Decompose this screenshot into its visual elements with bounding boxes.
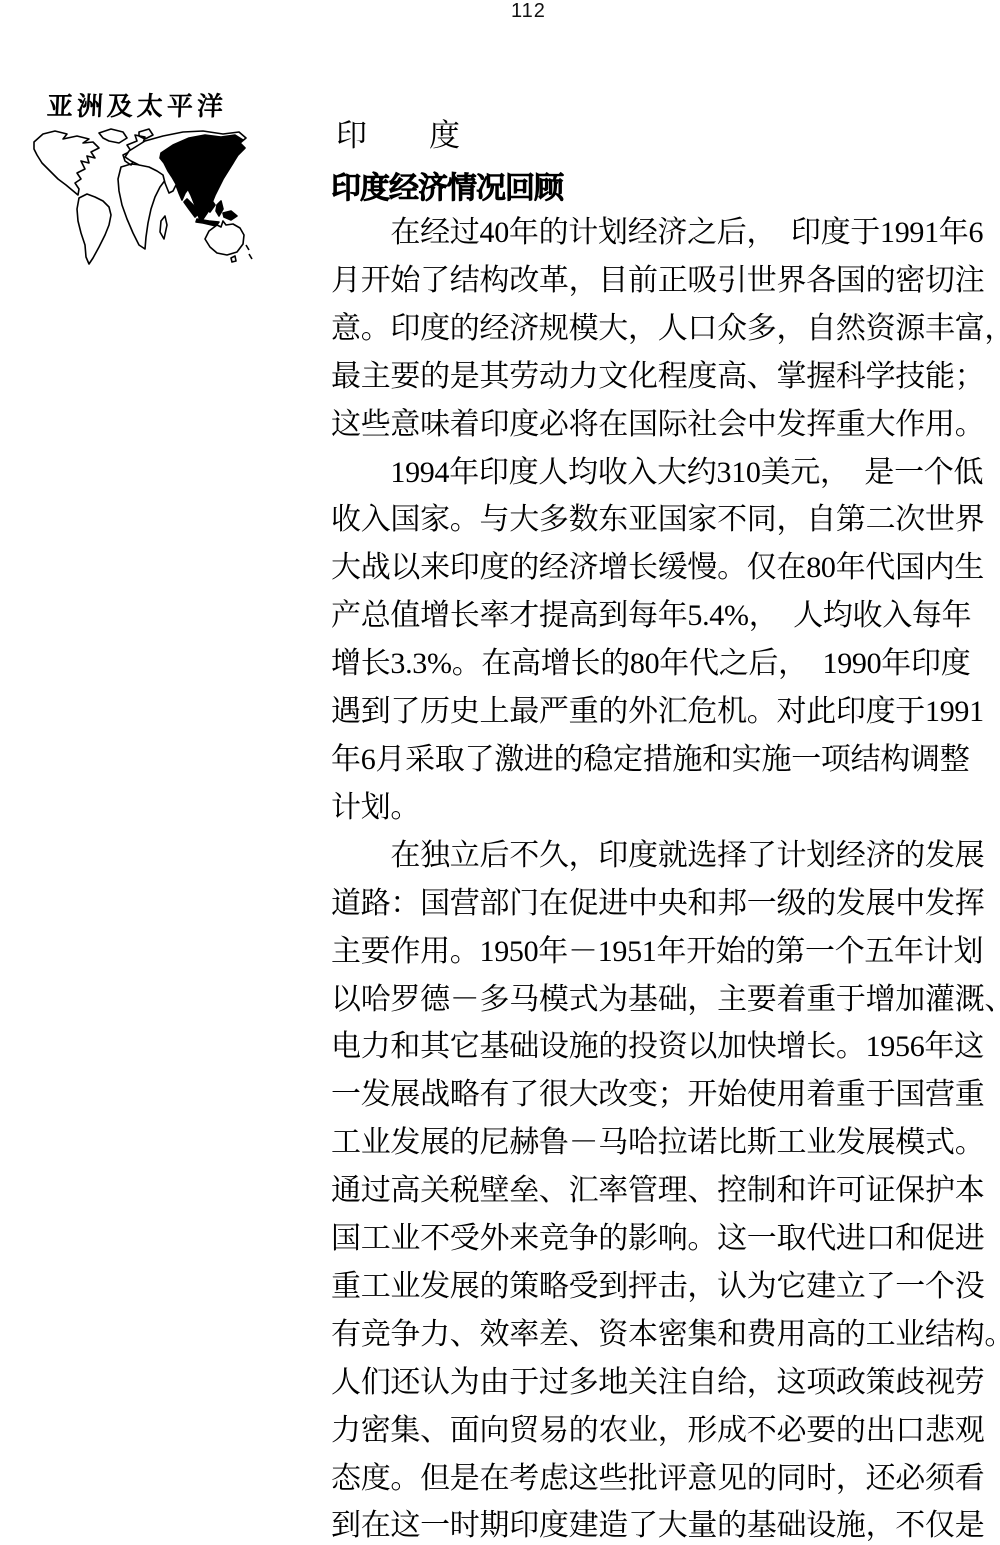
text-line: 道路：国营部门在促进中央和邦一级的发展中发挥 xyxy=(331,880,1000,928)
region-map-block: 亚洲及太平洋 xyxy=(33,86,315,277)
text-line: 在独立后不久，印度就选择了计划经济的发展 xyxy=(331,832,1000,880)
text-line: 这些意味着印度必将在国际社会中发挥重大作用。 xyxy=(331,401,1000,449)
map-madagascar xyxy=(160,216,167,239)
map-australia xyxy=(205,221,244,255)
text-line: 月开始了结构改革，目前正吸引世界各国的密切注 xyxy=(331,257,1000,305)
article-body: 在经过40年的计划经济之后， 印度于1991年6月开始了结构改革，目前正吸引世界… xyxy=(331,209,1000,1545)
page-number: 112 xyxy=(511,0,546,23)
text-line: 有竞争力、效率差、资本密集和费用高的工业结构。 xyxy=(331,1311,1000,1359)
text-line: 以哈罗德－多马模式为基础，主要着重于增加灌溉、 xyxy=(331,976,1000,1024)
map-tasmania xyxy=(231,256,236,262)
world-map-asia-pacific-icon xyxy=(33,127,311,277)
article-title: 印 度 xyxy=(336,110,460,155)
text-line: 工业发展的尼赫鲁－马哈拉诺比斯工业发展模式。 xyxy=(331,1119,1000,1167)
text-line: 人们还认为由于过多地关注自给，这项政策歧视劳 xyxy=(331,1359,1000,1407)
text-line: 收入国家。与大多数东亚国家不同，自第二次世界 xyxy=(331,496,1000,544)
text-line: 到在这一时期印度建造了大量的基础设施，不仅是 xyxy=(331,1502,1000,1545)
text-line: 1994年印度人均收入大约310美元， 是一个低 xyxy=(331,449,1000,497)
map-north-america xyxy=(34,131,99,195)
map-caption: 亚洲及太平洋 xyxy=(46,86,316,123)
map-sulawesi xyxy=(216,201,223,216)
text-line: 重工业发展的策略受到抨击，认为它建立了一个没 xyxy=(331,1263,1000,1311)
text-line: 在经过40年的计划经济之后， 印度于1991年6 xyxy=(331,209,1000,257)
section-heading: 印度经济情况回顾 xyxy=(331,163,563,207)
map-scandinavia xyxy=(139,129,153,139)
scanned-document-page: { "page": { "number": "112" }, "map": { … xyxy=(0,0,1000,1545)
text-line: 一发展战略有了很大改变；开始使用着重于国营重 xyxy=(331,1071,1000,1119)
text-line: 遇到了历史上最严重的外汇危机。对此印度于1991 xyxy=(331,688,1000,736)
text-line: 大战以来印度的经济增长缓慢。仅在80年代国内生 xyxy=(331,544,1000,592)
text-line: 最主要的是其劳动力文化程度高、掌握科学技能； xyxy=(331,353,1000,401)
text-line: 国工业不受外来竞争的影响。这一取代进口和促进 xyxy=(331,1215,1000,1263)
map-new-guinea xyxy=(223,211,237,220)
map-south-america xyxy=(77,194,111,264)
text-line: 态度。但是在考虑这些批评意见的同时，还必须看 xyxy=(331,1455,1000,1503)
map-java xyxy=(196,219,219,226)
map-greenland xyxy=(99,129,127,143)
text-line: 计划。 xyxy=(331,784,1000,832)
text-line: 增长3.3%。在高增长的80年代之后， 1990年印度 xyxy=(331,640,1000,688)
text-line: 通过高关税壁垒、汇率管理、控制和许可证保护本 xyxy=(331,1167,1000,1215)
text-line: 力密集、面向贸易的农业，形成不必要的出口悲观 xyxy=(331,1407,1000,1455)
text-line: 意。印度的经济规模大，人口众多，自然资源丰富， xyxy=(331,305,1000,353)
text-line: 电力和其它基础设施的投资以加快增长。1956年这 xyxy=(331,1023,1000,1071)
map-new-zealand xyxy=(246,245,252,259)
text-line: 主要作用。1950年－1951年开始的第一个五年计划 xyxy=(331,928,1000,976)
text-line: 年6月采取了激进的稳定措施和实施一项结构调整 xyxy=(331,736,1000,784)
map-asia-highlight xyxy=(160,135,244,221)
text-line: 产总值增长率才提高到每年5.4%， 人均收入每年 xyxy=(331,592,1000,640)
